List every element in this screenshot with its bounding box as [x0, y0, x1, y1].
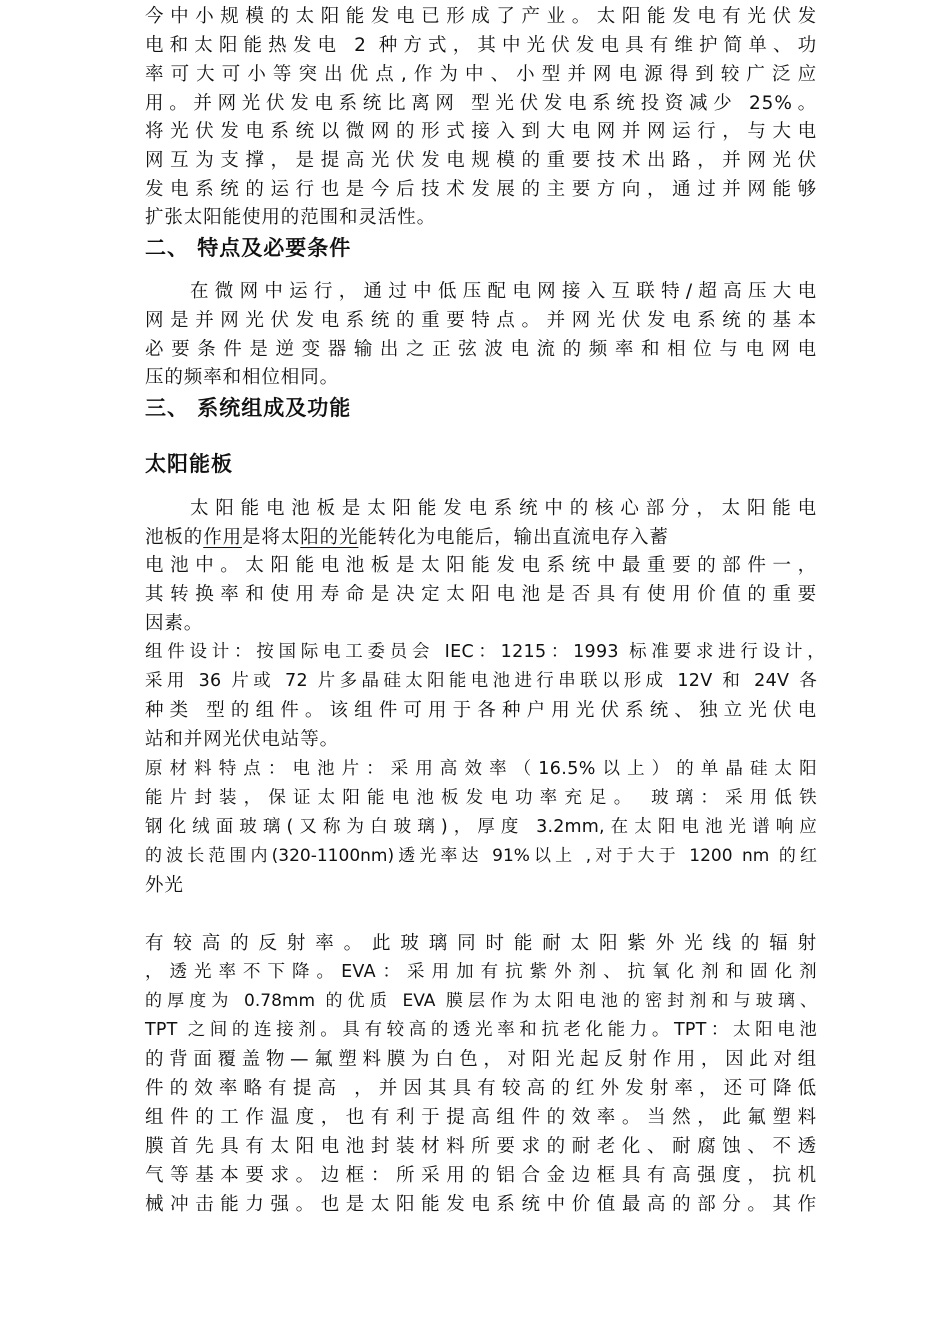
paragraph-line: 必要条件是逆变器输出之正弦波电流的频率和相位与电网电: [145, 335, 817, 364]
paragraph-line: 组件的工作温度，也有利于提高组件的效率。当然，此氟塑料: [145, 1103, 817, 1132]
paragraph-line: 能片封装，保证太阳能电池板发电功率充足。 玻璃：采用低铁: [145, 784, 817, 813]
paragraph-line: 率可大可小等突出优点,作为中、小型并网电源得到较广泛应: [145, 60, 817, 89]
paragraph-line: 的波长范围内(320-1100nm)透光率达 91%以上 ,对于大于 1200 …: [145, 842, 817, 871]
paragraph-line: 件的效率略有提高 ，并因其具有较高的红外发射率，还可降低: [145, 1074, 817, 1103]
paragraph-line: 外光: [145, 871, 184, 900]
section-heading: 三、 系统组成及功能: [145, 393, 351, 423]
paragraph-line: 膜首先具有太阳电池封装材料所要求的耐老化、耐腐蚀、不透: [145, 1132, 817, 1161]
paragraph-line: 用。并网光伏发电系统比离网 型光伏发电系统投资减少 25%。: [145, 89, 817, 118]
paragraph-line: 组件设计：按国际电工委员会 IEC：1215：1993 标准要求进行设计，: [145, 638, 825, 667]
paragraph-line: 池板的作用是将太阳的光能转化为电能后，输出直流电存入蓄: [145, 523, 817, 552]
paragraph-line: 扩张太阳能使用的范围和灵活性。: [145, 203, 436, 232]
paragraph-line: 其转换率和使用寿命是决定太阳电池是否具有使用价值的重要: [145, 580, 817, 609]
text-run: 能转化为电能后，输出直流电存入蓄: [358, 527, 668, 548]
paragraph-line: 钢化绒面玻璃(又称为白玻璃)，厚度 3.2mm,在太阳电池光谱响应: [145, 813, 817, 842]
text-run: 是将太: [242, 527, 300, 548]
paragraph-line: ，透光率不下降。EVA：采用加有抗紫外剂、抗氧化剂和固化剂: [145, 958, 817, 987]
paragraph-line: 有较高的反射率。此玻璃同时能耐太阳紫外光线的辐射: [145, 929, 817, 958]
underlined-text: 作用: [203, 527, 242, 548]
paragraph-line: 因素。: [145, 609, 203, 638]
paragraph-line: 的背面覆盖物—氟塑料膜为白色，对阳光起反射作用，因此对组: [145, 1045, 817, 1074]
paragraph-line: 气等基本要求。边框：所采用的铝合金边框具有高强度，抗机: [145, 1161, 817, 1190]
subsection-heading: 太阳能板: [145, 449, 233, 479]
paragraph-line: 将光伏发电系统以微网的形式接入到大电网并网运行，与大电: [145, 117, 817, 146]
paragraph-line: 电池中。太阳能电池板是太阳能发电系统中最重要的部件一，: [145, 551, 817, 580]
paragraph-line: 太阳能电池板是太阳能发电系统中的核心部分，太阳能电: [190, 494, 817, 523]
underlined-text: 阳的光: [300, 527, 358, 548]
paragraph-line: 在微网中运行，通过中低压配电网接入互联特/超高压大电: [190, 277, 817, 306]
paragraph-line: 发电系统的运行也是今后技术发展的主要方向，通过并网能够: [145, 175, 817, 204]
text-run: 池板的: [145, 527, 203, 548]
paragraph-line: 的厚度为 0.78mm 的优质 EVA 膜层作为太阳电池的密封剂和与玻璃、: [145, 987, 817, 1016]
paragraph-line: 网互为支撑，是提高光伏发电规模的重要技术出路，并网光伏: [145, 146, 817, 175]
paragraph-line: TPT 之间的连接剂。具有较高的透光率和抗老化能力。TPT：太阳电池: [145, 1016, 817, 1045]
paragraph-line: 种类 型的组件。该组件可用于各种户用光伏系统、独立光伏电: [145, 696, 817, 725]
paragraph-line: 采用 36 片或 72 片多晶硅太阳能电池进行串联以形成 12V 和 24V 各: [145, 667, 817, 696]
paragraph-line: 站和并网光伏电站等。: [145, 725, 339, 754]
section-heading: 二、 特点及必要条件: [145, 233, 351, 263]
paragraph-line: 电和太阳能热发电 2 种方式，其中光伏发电具有维护简单、功: [145, 31, 817, 60]
paragraph-line: 原材料特点：电池片：采用高效率（16.5%以上）的单晶硅太阳: [145, 755, 817, 784]
paragraph-line: 械冲击能力强。也是太阳能发电系统中价值最高的部分。其作: [145, 1190, 817, 1219]
paragraph-line: 今中小规模的太阳能发电已形成了产业。太阳能发电有光伏发: [145, 2, 817, 31]
paragraph-line: 压的频率和相位相同。: [145, 363, 339, 392]
paragraph-line: 网是并网光伏发电系统的重要特点。并网光伏发电系统的基本: [145, 306, 817, 335]
